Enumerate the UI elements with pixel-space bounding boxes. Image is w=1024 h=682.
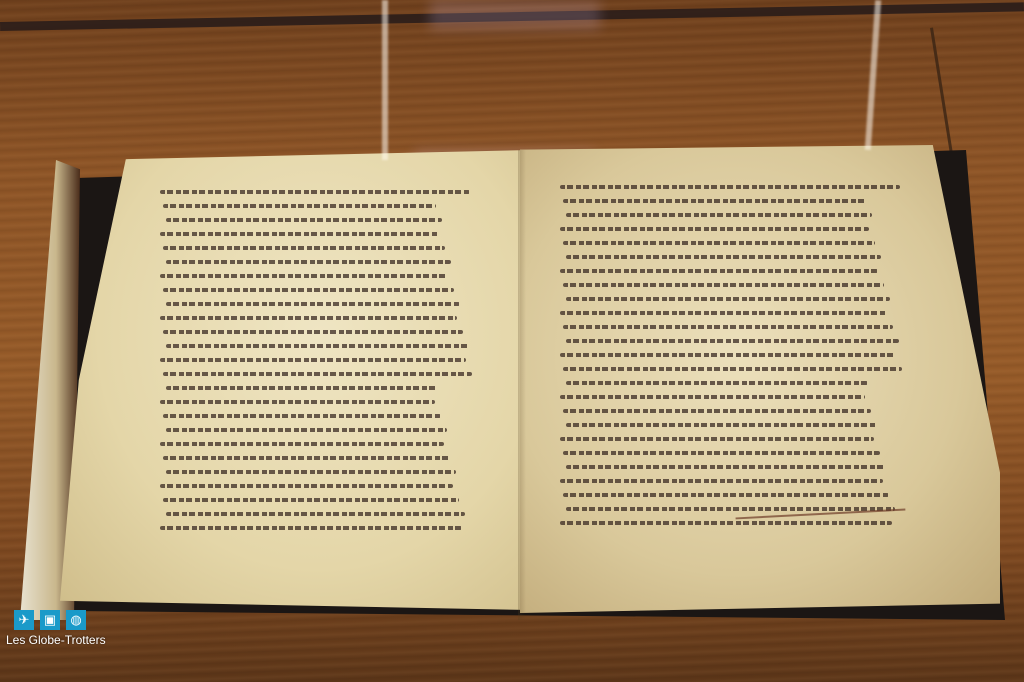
handwriting-line: [163, 204, 436, 208]
handwriting-line: [563, 367, 902, 371]
handwriting-line: [163, 414, 441, 418]
handwriting-line: [563, 409, 871, 413]
handwriting-line: [566, 423, 877, 427]
handwriting-line: [163, 456, 450, 460]
suitcase-icon: ▣: [40, 610, 60, 630]
handwriting-line: [166, 344, 469, 348]
glass-reflection: [430, 0, 600, 30]
globe-icon: ◍: [66, 610, 86, 630]
handwriting-line: [560, 479, 883, 483]
handwriting-line: [563, 283, 884, 287]
handwriting-line: [566, 381, 868, 385]
handwriting-line: [566, 255, 881, 259]
light-glare: [382, 0, 388, 160]
handwriting-line: [560, 185, 900, 189]
handwriting-line: [563, 241, 875, 245]
watermark: ✈ ▣ ◍ Les Globe-Trotters: [6, 610, 106, 647]
handwriting-line: [160, 190, 470, 194]
handwriting-line: [160, 400, 435, 404]
handwriting-line: [566, 465, 886, 469]
handwriting-line: [160, 316, 457, 320]
handwriting-line: [163, 498, 459, 502]
manuscript-right-page: [520, 145, 1000, 613]
handwriting-line: [560, 311, 887, 315]
photo-scene: ✈ ▣ ◍ Les Globe-Trotters: [0, 0, 1024, 682]
handwriting-line: [166, 218, 442, 222]
handwriting-line: [566, 339, 899, 343]
manuscript-left-page: [60, 150, 530, 610]
handwriting-line: [566, 213, 872, 217]
handwriting-line: [160, 526, 462, 530]
handwriting-line: [560, 227, 869, 231]
handwriting-line: [563, 325, 893, 329]
handwriting-line: [166, 260, 451, 264]
handwriting-line: [163, 246, 445, 250]
handwriting-line: [160, 274, 448, 278]
handwriting-line: [166, 302, 460, 306]
handwriting-line: [560, 395, 865, 399]
handwriting-line: [160, 232, 439, 236]
handwriting-line: [163, 372, 472, 376]
handwriting-line: [563, 199, 866, 203]
handwriting-line: [166, 428, 447, 432]
handwriting-line: [163, 330, 463, 334]
handwriting-line: [566, 297, 890, 301]
handwriting-line: [560, 521, 892, 525]
handwriting-line: [560, 353, 896, 357]
book-gutter: [518, 150, 528, 620]
watermark-text: Les Globe-Trotters: [6, 633, 106, 647]
handwriting-line: [560, 269, 878, 273]
handwriting-line: [560, 437, 874, 441]
airplane-icon: ✈: [14, 610, 34, 630]
handwriting-line: [160, 358, 466, 362]
handwriting-line: [166, 386, 438, 390]
handwriting-line: [563, 451, 880, 455]
handwriting-line: [166, 470, 456, 474]
handwriting-line: [160, 484, 453, 488]
handwriting-line: [163, 288, 454, 292]
handwriting-line: [166, 512, 465, 516]
handwriting-line: [160, 442, 444, 446]
